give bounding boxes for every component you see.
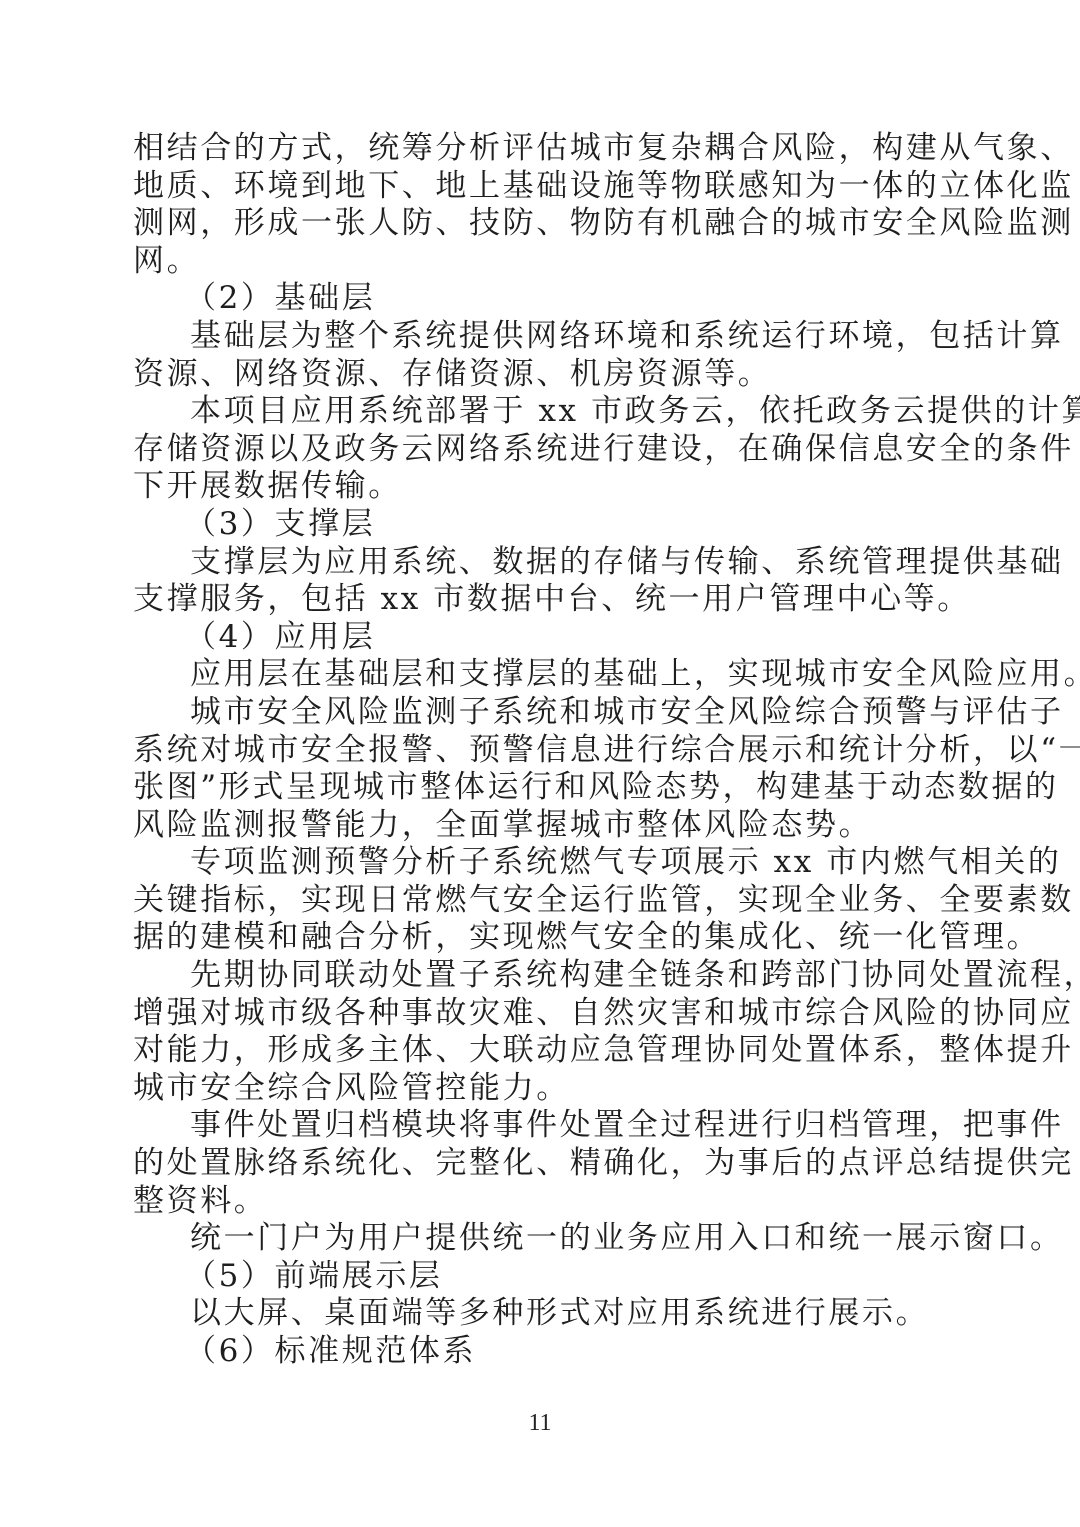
text-line: 城市安全综合风险管控能力。 — [133, 1070, 953, 1108]
section-heading: （3）支撑层 — [133, 506, 953, 544]
document-page: 相结合的方式，统筹分析评估城市复杂耦合风险，构建从气象、 地质、环境到地下、地上… — [0, 0, 1080, 1527]
paragraph-first-line: 以大屏、桌面端等多种形式对应用系统进行展示。 — [133, 1295, 953, 1333]
paragraph-first-line: 专项监测预警分析子系统燃气专项展示 xx 市内燃气相关的 — [133, 844, 953, 882]
paragraph-first-line: 事件处置归档模块将事件处置全过程进行归档管理，把事件 — [133, 1107, 953, 1145]
text-line: 的处置脉络系统化、完整化、精确化，为事后的点评总结提供完 — [133, 1145, 953, 1183]
text-line: 系统对城市安全报警、预警信息进行综合展示和统计分析，以“一 — [133, 732, 953, 770]
text-line: 整资料。 — [133, 1183, 953, 1221]
section-heading: （6）标准规范体系 — [133, 1333, 953, 1371]
page-number: 11 — [0, 1410, 1080, 1437]
text-line: 存储资源以及政务云网络系统进行建设，在确保信息安全的条件 — [133, 431, 953, 469]
paragraph-first-line: 应用层在基础层和支撑层的基础上，实现城市安全风险应用。 — [133, 656, 953, 694]
paragraph-first-line: 基础层为整个系统提供网络环境和系统运行环境，包括计算 — [133, 318, 953, 356]
text-line: 网。 — [133, 243, 953, 281]
text-line: 支撑服务，包括 xx 市数据中台、统一用户管理中心等。 — [133, 581, 953, 619]
section-heading: （5）前端展示层 — [133, 1258, 953, 1296]
document-body: 相结合的方式，统筹分析评估城市复杂耦合风险，构建从气象、 地质、环境到地下、地上… — [133, 130, 953, 1371]
paragraph-first-line: 先期协同联动处置子系统构建全链条和跨部门协同处置流程， — [133, 957, 953, 995]
text-line: 地质、环境到地下、地上基础设施等物联感知为一体的立体化监 — [133, 168, 953, 206]
paragraph-first-line: 本项目应用系统部署于 xx 市政务云，依托政务云提供的计算、 — [133, 393, 953, 431]
paragraph-first-line: 城市安全风险监测子系统和城市安全风险综合预警与评估子 — [133, 694, 953, 732]
text-line: 对能力，形成多主体、大联动应急管理协同处置体系，整体提升 — [133, 1032, 953, 1070]
paragraph-first-line: 统一门户为用户提供统一的业务应用入口和统一展示窗口。 — [133, 1220, 953, 1258]
text-line: 关键指标，实现日常燃气安全运行监管，实现全业务、全要素数 — [133, 882, 953, 920]
text-line: 据的建模和融合分析，实现燃气安全的集成化、统一化管理。 — [133, 919, 953, 957]
section-heading: （2）基础层 — [133, 280, 953, 318]
text-line: 相结合的方式，统筹分析评估城市复杂耦合风险，构建从气象、 — [133, 130, 953, 168]
text-line: 风险监测报警能力，全面掌握城市整体风险态势。 — [133, 807, 953, 845]
text-line: 下开展数据传输。 — [133, 468, 953, 506]
text-line: 张图”形式呈现城市整体运行和风险态势，构建基于动态数据的 — [133, 769, 953, 807]
paragraph-first-line: 支撑层为应用系统、数据的存储与传输、系统管理提供基础 — [133, 544, 953, 582]
text-line: 测网，形成一张人防、技防、物防有机融合的城市安全风险监测 — [133, 205, 953, 243]
text-line: 资源、网络资源、存储资源、机房资源等。 — [133, 356, 953, 394]
section-heading: （4）应用层 — [133, 619, 953, 657]
text-line: 增强对城市级各种事故灾难、自然灾害和城市综合风险的协同应 — [133, 995, 953, 1033]
